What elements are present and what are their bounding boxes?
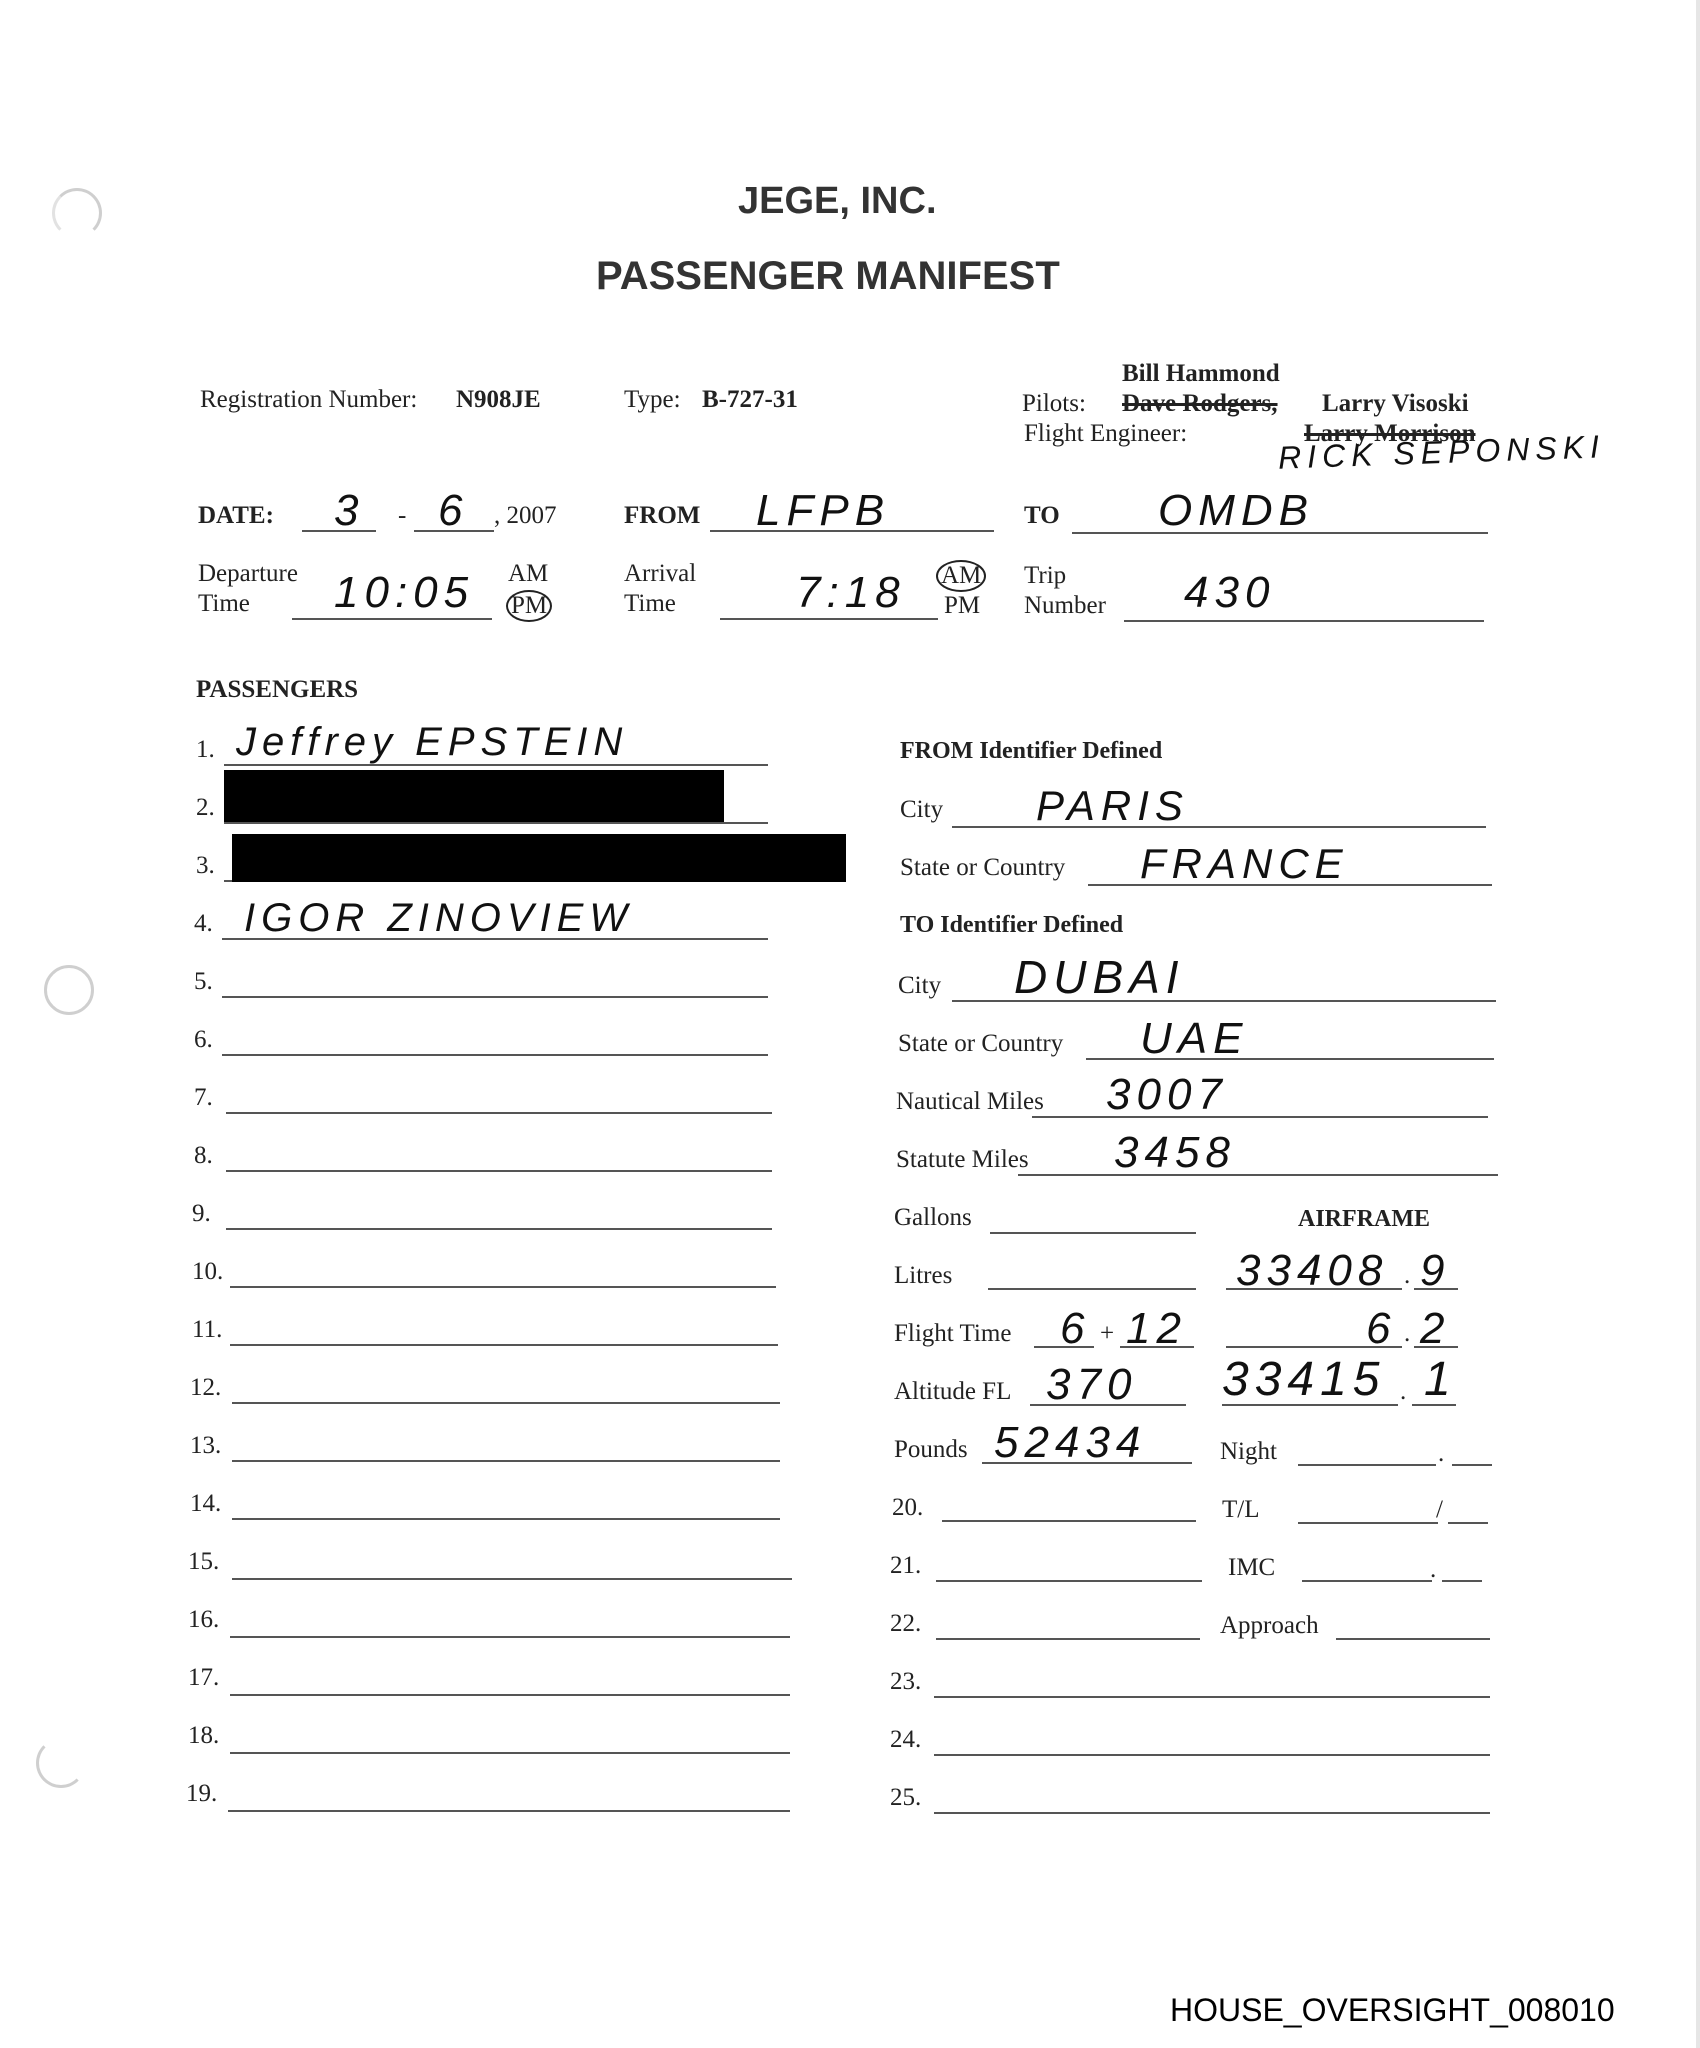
date-sep: - bbox=[398, 502, 406, 530]
passenger-num: 12. bbox=[190, 1374, 221, 1402]
passenger-num: 7. bbox=[194, 1084, 213, 1112]
passenger-num: 1. bbox=[196, 736, 215, 764]
passenger-num: 9. bbox=[192, 1200, 211, 1228]
airframe-start: 33408 bbox=[1236, 1246, 1388, 1296]
redaction-box bbox=[224, 770, 724, 822]
airframe-start-decimal: 9 bbox=[1420, 1246, 1450, 1296]
from-label: FROM bbox=[624, 502, 700, 530]
pilots-label: Pilots: bbox=[1022, 390, 1086, 418]
arrival-pm: PM bbox=[944, 592, 980, 620]
company-name: JEGE, INC. bbox=[738, 180, 937, 223]
arrival-am-circled: AM bbox=[936, 560, 986, 592]
from-country-label: State or Country bbox=[900, 854, 1065, 882]
passenger-num: 11. bbox=[192, 1316, 222, 1344]
to-country-value: UAE bbox=[1140, 1014, 1248, 1064]
pounds-label: Pounds bbox=[894, 1436, 968, 1464]
extra-row-num: 20. bbox=[892, 1494, 923, 1522]
tl-label: T/L bbox=[1222, 1496, 1260, 1524]
statute-value: 3458 bbox=[1114, 1128, 1236, 1178]
nautical-label: Nautical Miles bbox=[896, 1088, 1044, 1116]
gallons-label: Gallons bbox=[894, 1204, 972, 1232]
passenger-num: 15. bbox=[188, 1548, 219, 1576]
to-city-value: DUBAI bbox=[1014, 950, 1185, 1004]
to-value: OMDB bbox=[1158, 486, 1314, 536]
type-label: Type: bbox=[624, 386, 681, 414]
departure-label-2: Time bbox=[198, 590, 250, 618]
extra-row-num: 24. bbox=[890, 1726, 921, 1754]
arrival-label-1: Arrival bbox=[624, 560, 696, 588]
pilot-2: Larry Visoski bbox=[1322, 390, 1469, 418]
arrival-time: 7:18 bbox=[796, 568, 906, 618]
trip-number: 430 bbox=[1184, 568, 1275, 618]
night-label: Night bbox=[1220, 1438, 1277, 1466]
trip-label-1: Trip bbox=[1024, 562, 1066, 590]
departure-time: 10:05 bbox=[334, 568, 474, 618]
passenger-num: 4. bbox=[194, 910, 213, 938]
extra-row-num: 21. bbox=[890, 1552, 921, 1580]
from-value: LFPB bbox=[756, 486, 890, 536]
engineer-label: Flight Engineer: bbox=[1024, 420, 1187, 448]
tl-slash: / bbox=[1436, 1496, 1443, 1524]
nautical-value: 3007 bbox=[1106, 1070, 1228, 1120]
pilot-added: Bill Hammond bbox=[1122, 360, 1280, 388]
passenger-num: 16. bbox=[188, 1606, 219, 1634]
airframe-end-decimal: 1 bbox=[1424, 1352, 1457, 1407]
airframe-flight: 6 bbox=[1366, 1304, 1396, 1354]
passenger-num: 19. bbox=[186, 1780, 217, 1808]
extra-row-num: 22. bbox=[890, 1610, 921, 1638]
passenger-num: 6. bbox=[194, 1026, 213, 1054]
passenger-num: 17. bbox=[188, 1664, 219, 1692]
statute-label: Statute Miles bbox=[896, 1146, 1029, 1174]
airframe-dot: . bbox=[1404, 1262, 1410, 1290]
bates-number: HOUSE_OVERSIGHT_008010 bbox=[1170, 1992, 1615, 2029]
from-country-value: FRANCE bbox=[1140, 840, 1349, 888]
altitude-value: 370 bbox=[1046, 1360, 1137, 1410]
approach-label: Approach bbox=[1220, 1612, 1319, 1640]
passenger-num: 5. bbox=[194, 968, 213, 996]
type-value: B-727-31 bbox=[702, 386, 798, 414]
extra-row-num: 23. bbox=[890, 1668, 921, 1696]
to-label: TO bbox=[1024, 502, 1060, 530]
from-identifier-heading: FROM Identifier Defined bbox=[900, 738, 1162, 765]
date-year: , 2007 bbox=[494, 502, 557, 530]
hole-punch-top bbox=[52, 188, 102, 238]
flight-time-hours: 6 bbox=[1060, 1304, 1090, 1354]
passenger-num: 3. bbox=[196, 852, 215, 880]
altitude-label: Altitude FL bbox=[894, 1378, 1011, 1406]
extra-row-num: 25. bbox=[890, 1784, 921, 1812]
passenger-name: Jeffrey EPSTEIN bbox=[236, 720, 628, 765]
page-title: PASSENGER MANIFEST bbox=[596, 254, 1060, 299]
night-dot: . bbox=[1438, 1440, 1444, 1468]
hole-punch-bottom bbox=[36, 1738, 86, 1788]
passenger-num: 10. bbox=[192, 1258, 223, 1286]
date-month: 3 bbox=[334, 486, 364, 536]
from-city-label: City bbox=[900, 796, 943, 824]
date-day: 6 bbox=[438, 486, 468, 536]
registration-label: Registration Number: bbox=[200, 386, 417, 414]
flight-time-plus: + bbox=[1100, 1320, 1114, 1348]
passenger-num: 8. bbox=[194, 1142, 213, 1170]
passenger-num: 18. bbox=[188, 1722, 219, 1750]
flight-time-minutes: 12 bbox=[1126, 1304, 1187, 1354]
passenger-num: 13. bbox=[190, 1432, 221, 1460]
redaction-box bbox=[232, 834, 846, 882]
airframe-dot: . bbox=[1404, 1320, 1410, 1348]
date-label: DATE: bbox=[198, 502, 274, 530]
passenger-num: 14. bbox=[190, 1490, 221, 1518]
airframe-flight-decimal: 2 bbox=[1420, 1304, 1450, 1354]
litres-label: Litres bbox=[894, 1262, 952, 1290]
registration-value: N908JE bbox=[456, 386, 541, 414]
imc-label: IMC bbox=[1228, 1554, 1275, 1582]
airframe-heading: AIRFRAME bbox=[1298, 1206, 1430, 1233]
pilot-struck: Dave Rodgers, bbox=[1122, 390, 1278, 418]
to-city-label: City bbox=[898, 972, 941, 1000]
passenger-num: 2. bbox=[196, 794, 215, 822]
hole-punch-middle bbox=[44, 965, 94, 1015]
passengers-heading: PASSENGERS bbox=[196, 676, 358, 704]
imc-dot: . bbox=[1430, 1556, 1436, 1584]
departure-label-1: Departure bbox=[198, 560, 298, 588]
departure-am: AM bbox=[508, 560, 548, 588]
page-edge bbox=[1696, 0, 1700, 2048]
passenger-name: IGOR ZINOVIEW bbox=[244, 896, 633, 941]
from-city-value: PARIS bbox=[1036, 782, 1189, 830]
arrival-label-2: Time bbox=[624, 590, 676, 618]
to-country-label: State or Country bbox=[898, 1030, 1063, 1058]
to-identifier-heading: TO Identifier Defined bbox=[900, 912, 1123, 939]
airframe-end: 33415 bbox=[1222, 1352, 1385, 1407]
pounds-value: 52434 bbox=[994, 1418, 1146, 1468]
departure-pm-circled: PM bbox=[506, 590, 552, 622]
flight-time-label: Flight Time bbox=[894, 1320, 1011, 1348]
trip-label-2: Number bbox=[1024, 592, 1106, 620]
airframe-dot: . bbox=[1400, 1378, 1406, 1406]
